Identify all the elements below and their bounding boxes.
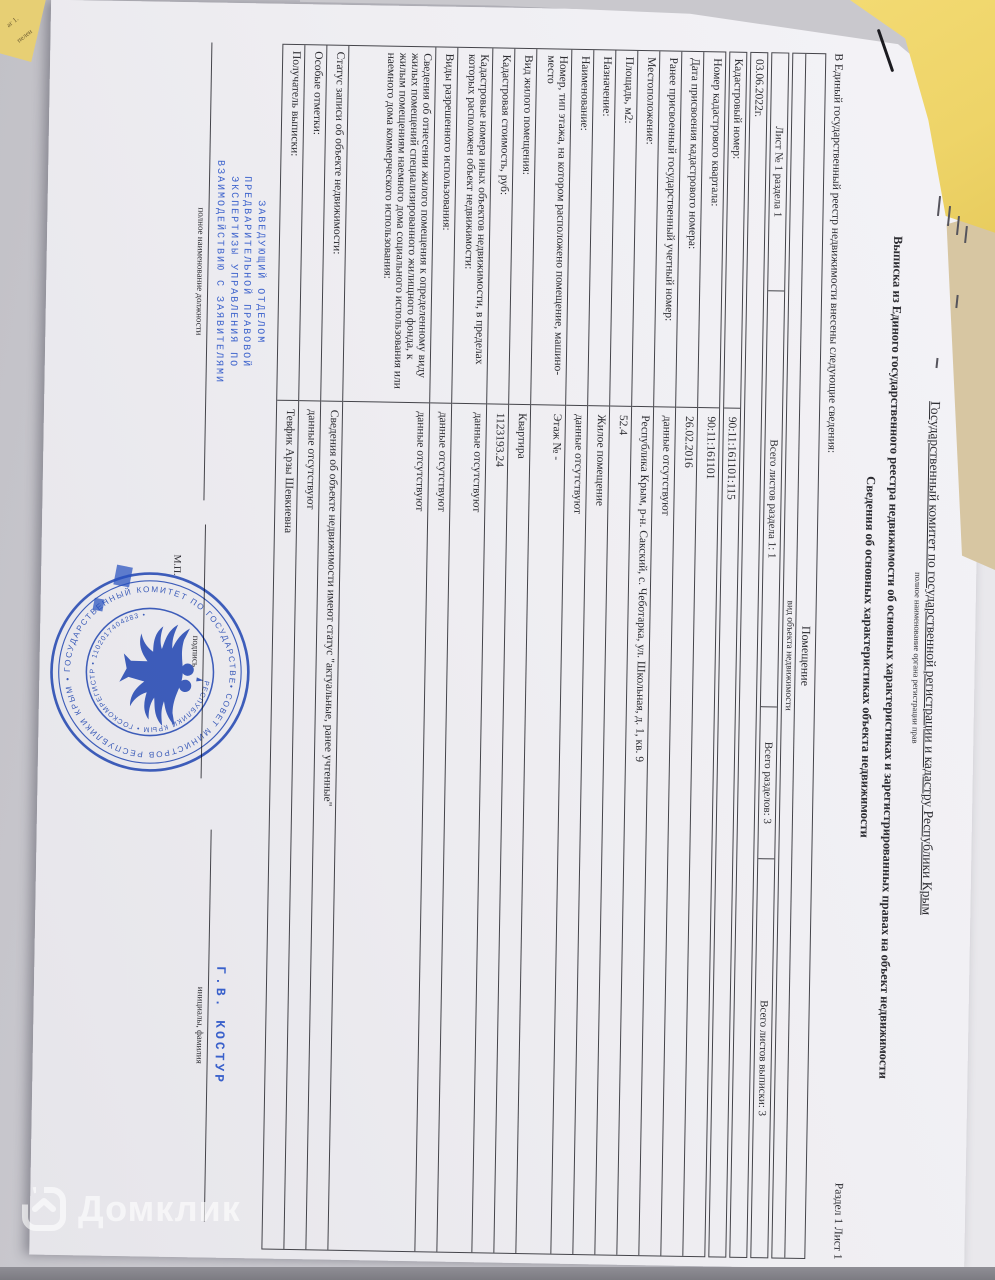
row-label: Номер, тип этажа, на котором расположено… <box>531 49 571 405</box>
row-value: данные отсутствуют <box>328 401 429 1251</box>
domclick-watermark-text: Домклик <box>78 1188 241 1230</box>
characteristics-table: Номер кадастрового квартала: 90:11:16110… <box>261 44 726 1258</box>
position-column: ЗАВЕДУЮЩИЙ ОТДЕЛОМ ПРЕДВАРИТЕЛЬНОЙ ПРАВО… <box>172 42 270 502</box>
name-column: Г.В. КОСТУР инициалы, фамилия <box>159 802 257 1250</box>
document-sheet: Государственный комитет по государственн… <box>29 0 986 1271</box>
sheets-in-section-cell: Всего листов раздела 1: 1 <box>761 290 784 707</box>
total-sections-cell: Всего разделов: 3 <box>758 707 777 859</box>
row-label: Кадастровые номера иных объектов недвижи… <box>452 48 492 404</box>
egrn-extract-document: Государственный комитет по государственн… <box>29 0 986 1271</box>
photo-edge-strip <box>0 1267 995 1280</box>
domclick-house-icon <box>20 1185 68 1233</box>
row-label: Сведения об отнесении жилого помещения к… <box>343 46 435 403</box>
sheet-number-cell: Лист № 1 раздела 1 <box>768 53 788 290</box>
name-stamp-text: Г.В. КОСТУР <box>208 802 231 1248</box>
position-stamp-text: ЗАВЕДУЮЩИЙ ОТДЕЛОМ ПРЕДВАРИТЕЛЬНОЙ ПРАВО… <box>211 43 268 502</box>
domclick-watermark: Домклик <box>20 1185 241 1233</box>
official-round-stamp: • СОВЕТ МИНИСТРОВ РЕСПУБЛИКИ КРЫМ • ГОСУ… <box>33 555 268 790</box>
cadastral-number-label: Кадастровый номер: <box>724 53 746 408</box>
total-sheets-cell: Всего листов выписки: 3 <box>751 858 774 1257</box>
